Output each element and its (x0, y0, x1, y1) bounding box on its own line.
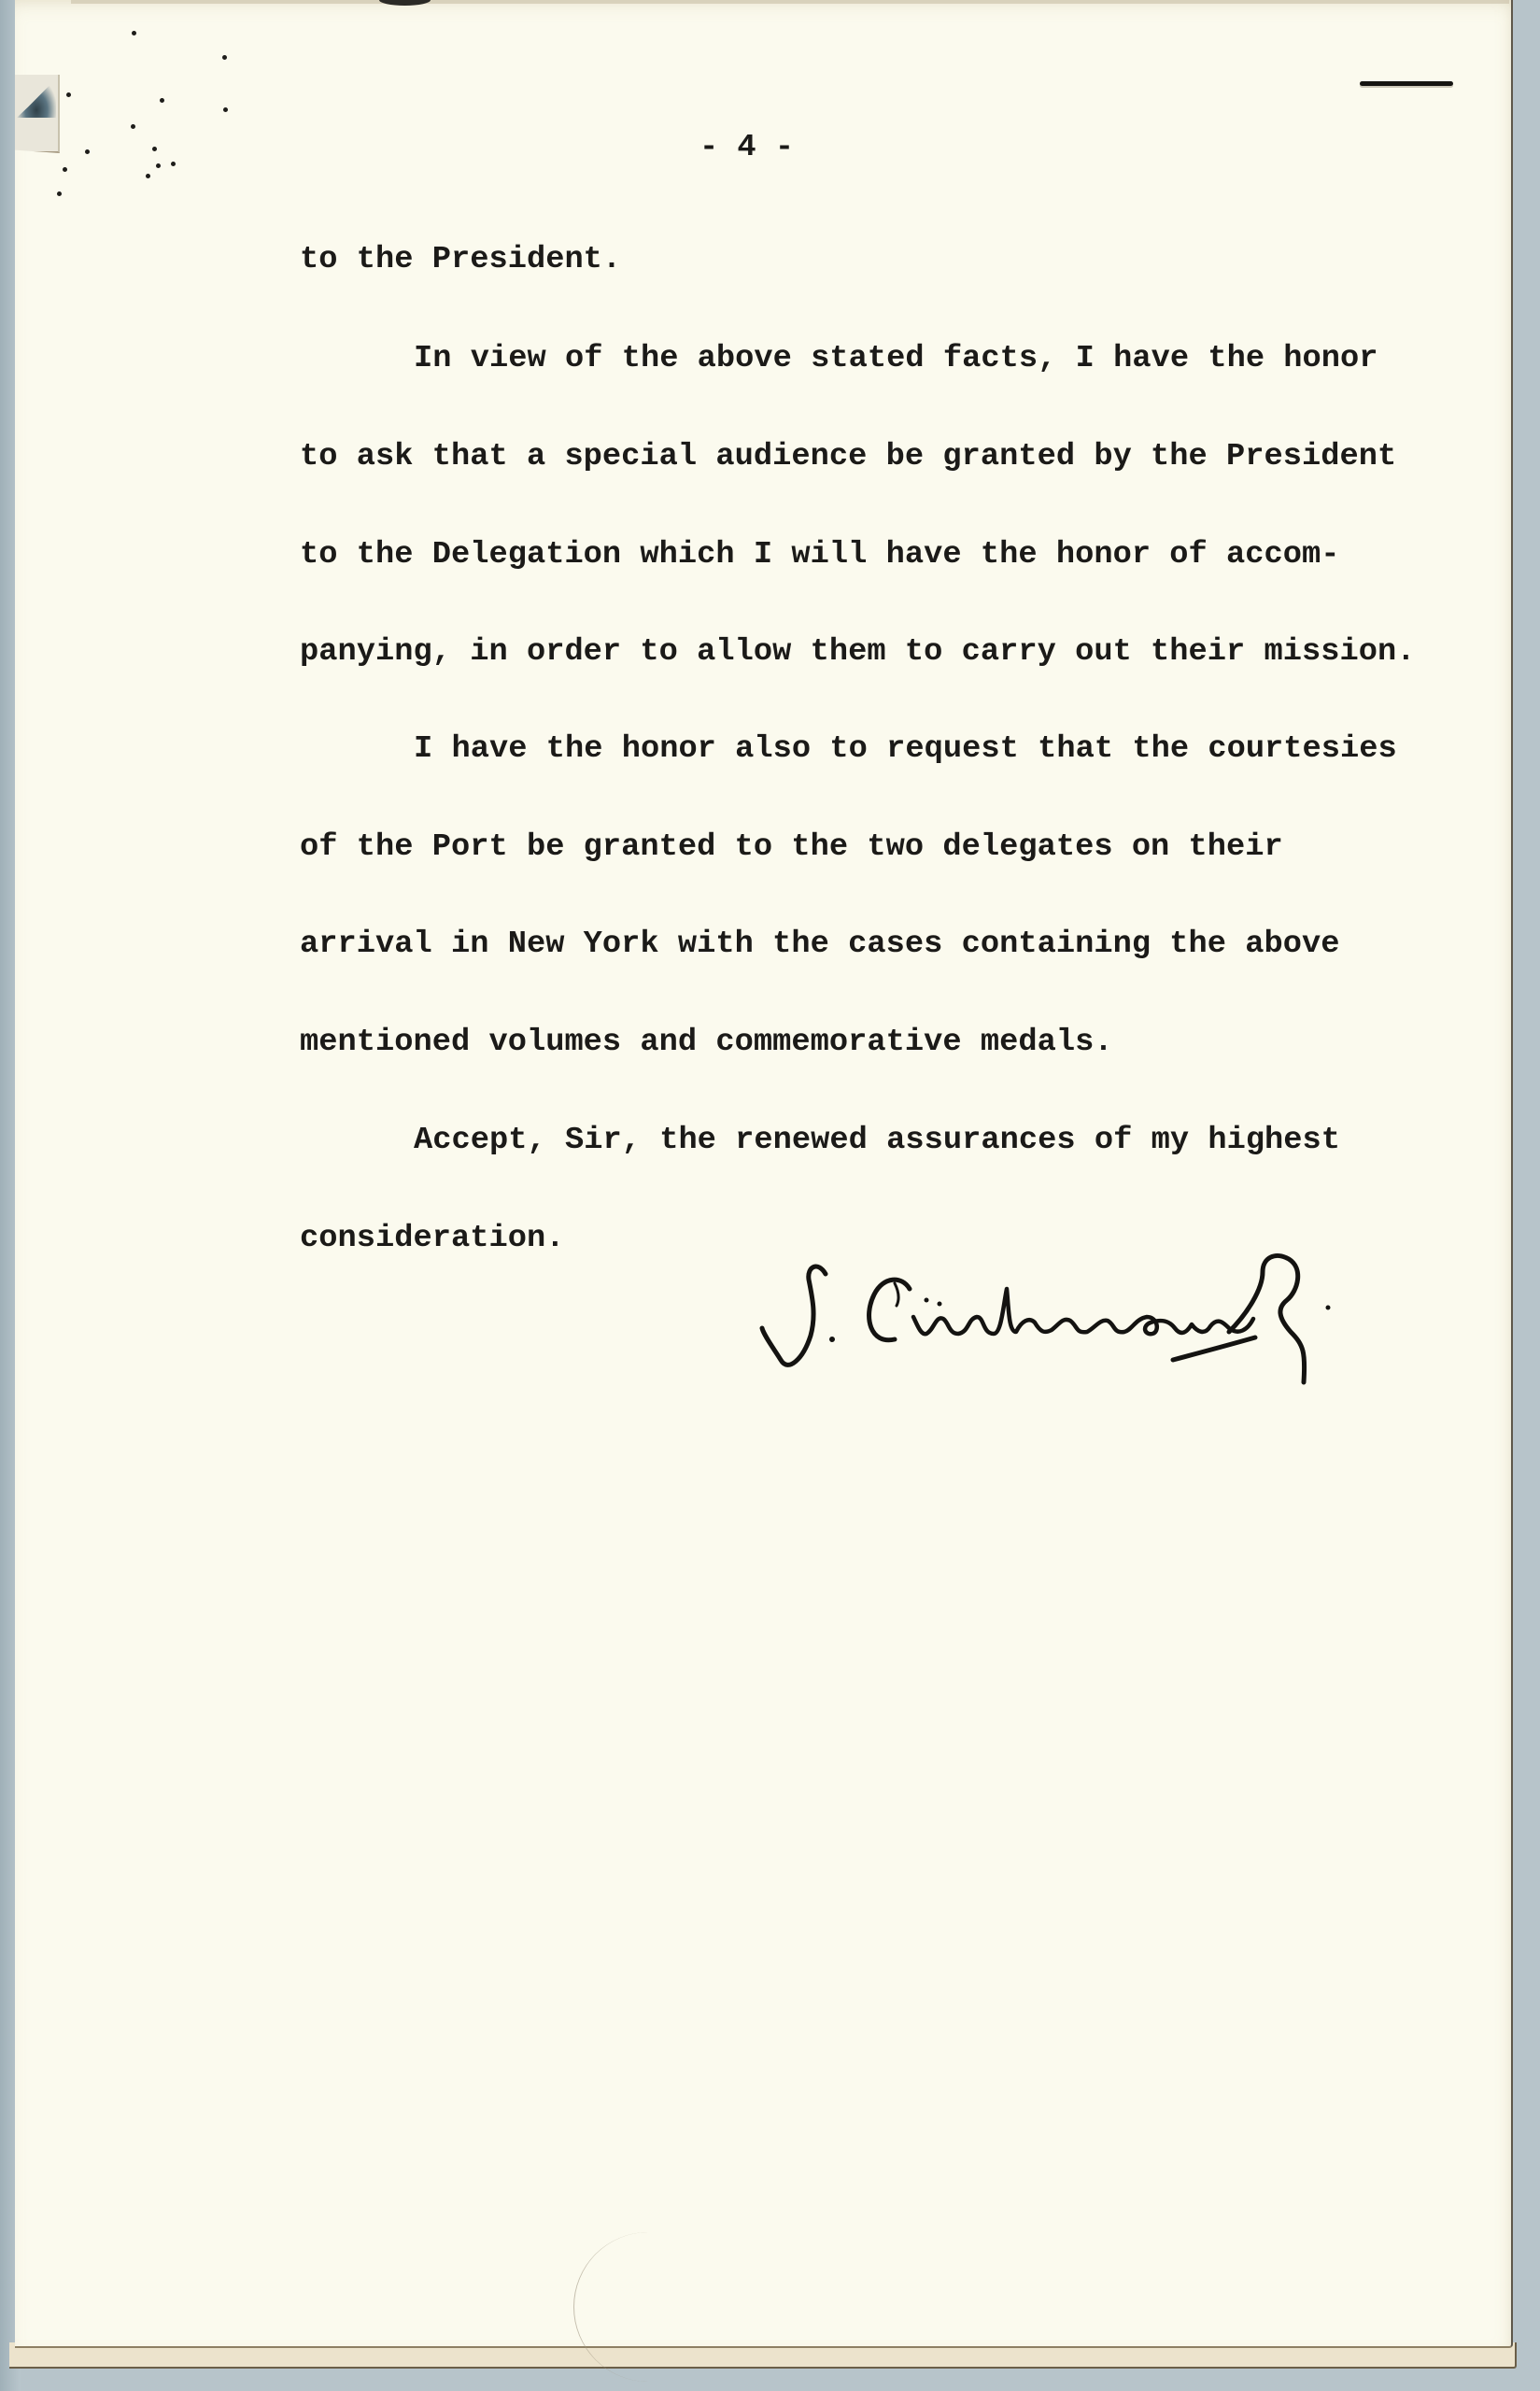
text-line: In view of the above stated facts, I hav… (414, 340, 1378, 377)
speck-mark (223, 107, 228, 112)
text-line: to the Delegation which I will have the … (300, 536, 1340, 573)
text-line: I have the honor also to request that th… (414, 730, 1397, 768)
text-line: consideration. (300, 1220, 564, 1257)
text-line: to ask that a special audience be grante… (300, 438, 1396, 475)
signature-stroke-icon (743, 1242, 1472, 1392)
ink-blot-mark (379, 0, 431, 6)
text-line: of the Port be granted to the two delega… (300, 828, 1283, 866)
speck-mark (85, 149, 90, 154)
speck-mark (63, 167, 67, 172)
speck-mark (57, 191, 62, 196)
speck-mark (160, 98, 164, 103)
page-number: - 4 - (699, 130, 794, 165)
text-line: Accept, Sir, the renewed assurances of m… (414, 1122, 1340, 1159)
page-top-edge (71, 0, 1509, 4)
staple-mark (1360, 81, 1453, 86)
speck-mark (66, 92, 71, 97)
text-line: arrival in New York with the cases conta… (300, 926, 1340, 963)
speck-mark (171, 162, 176, 166)
speck-mark (131, 124, 135, 129)
speck-mark (146, 174, 150, 178)
speck-mark (152, 147, 157, 151)
speck-mark (132, 31, 136, 35)
speck-mark (222, 55, 227, 60)
text-line: mentioned volumes and commemorative meda… (300, 1024, 1113, 1061)
text-line: panying, in order to allow them to carry… (300, 633, 1416, 671)
handwritten-signature: J. Ciechanowski (743, 1242, 1472, 1392)
document-page: - 4 - to the President. In view of the a… (15, 0, 1513, 2348)
speck-mark (156, 163, 161, 168)
text-line: to the President. (300, 241, 621, 278)
